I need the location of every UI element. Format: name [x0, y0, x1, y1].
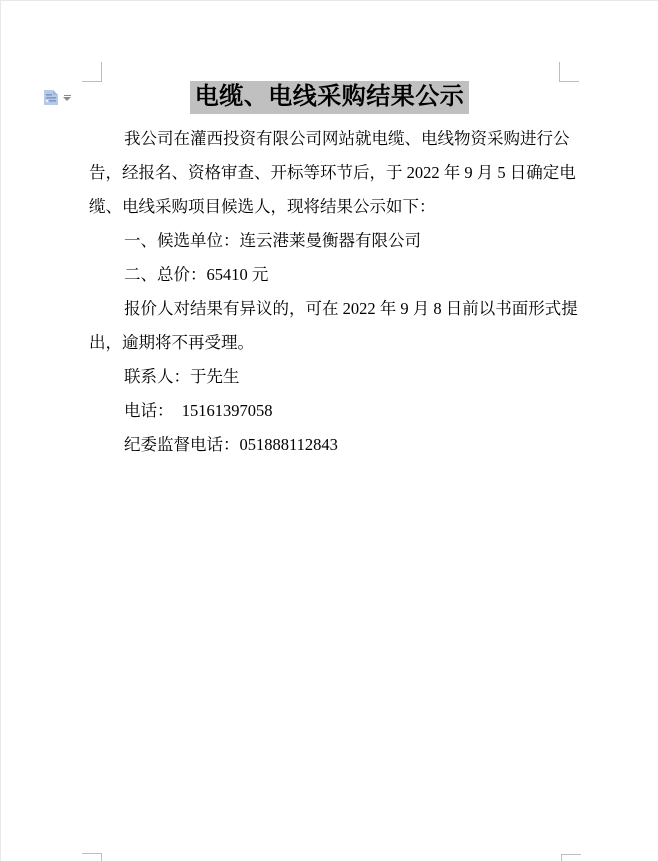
body-line-phone: 电话： 15161397058 [89, 394, 571, 428]
body-line: 告，经报名、资格审查、开标等环节后，于 2022 年 9 月 5 日确定电 [89, 156, 571, 190]
crop-mark-bottom-right [561, 854, 581, 861]
document-title: 电缆、电线采购结果公示 [190, 81, 470, 114]
body-line-supervision-phone: 纪委监督电话：051888112843 [89, 428, 571, 462]
crop-mark-bottom-left [82, 853, 102, 861]
body-line: 我公司在灌西投资有限公司网站就电缆、电线物资采购进行公 [89, 122, 571, 156]
crop-mark-top-left [82, 62, 102, 82]
title-row: 电缆、电线采购结果公示 [1, 81, 658, 114]
body-line: 报价人对结果有异议的，可在 2022 年 9 月 8 日前以书面形式提 [89, 292, 571, 326]
crop-mark-top-right [559, 62, 579, 82]
document-page: 电缆、电线采购结果公示 我公司在灌西投资有限公司网站就电缆、电线物资采购进行公 … [0, 0, 658, 861]
body-line: 出，逾期将不再受理。 [89, 326, 571, 360]
document-body: 我公司在灌西投资有限公司网站就电缆、电线物资采购进行公 告，经报名、资格审查、开… [89, 122, 571, 462]
body-line: 缆、电线采购项目候选人，现将结果公示如下： [89, 190, 571, 224]
body-line-contact-person: 联系人：于先生 [89, 360, 571, 394]
body-line-candidate-unit: 一、候选单位：连云港莱曼衡器有限公司 [89, 224, 571, 258]
body-line-total-price: 二、总价：65410 元 [89, 258, 571, 292]
